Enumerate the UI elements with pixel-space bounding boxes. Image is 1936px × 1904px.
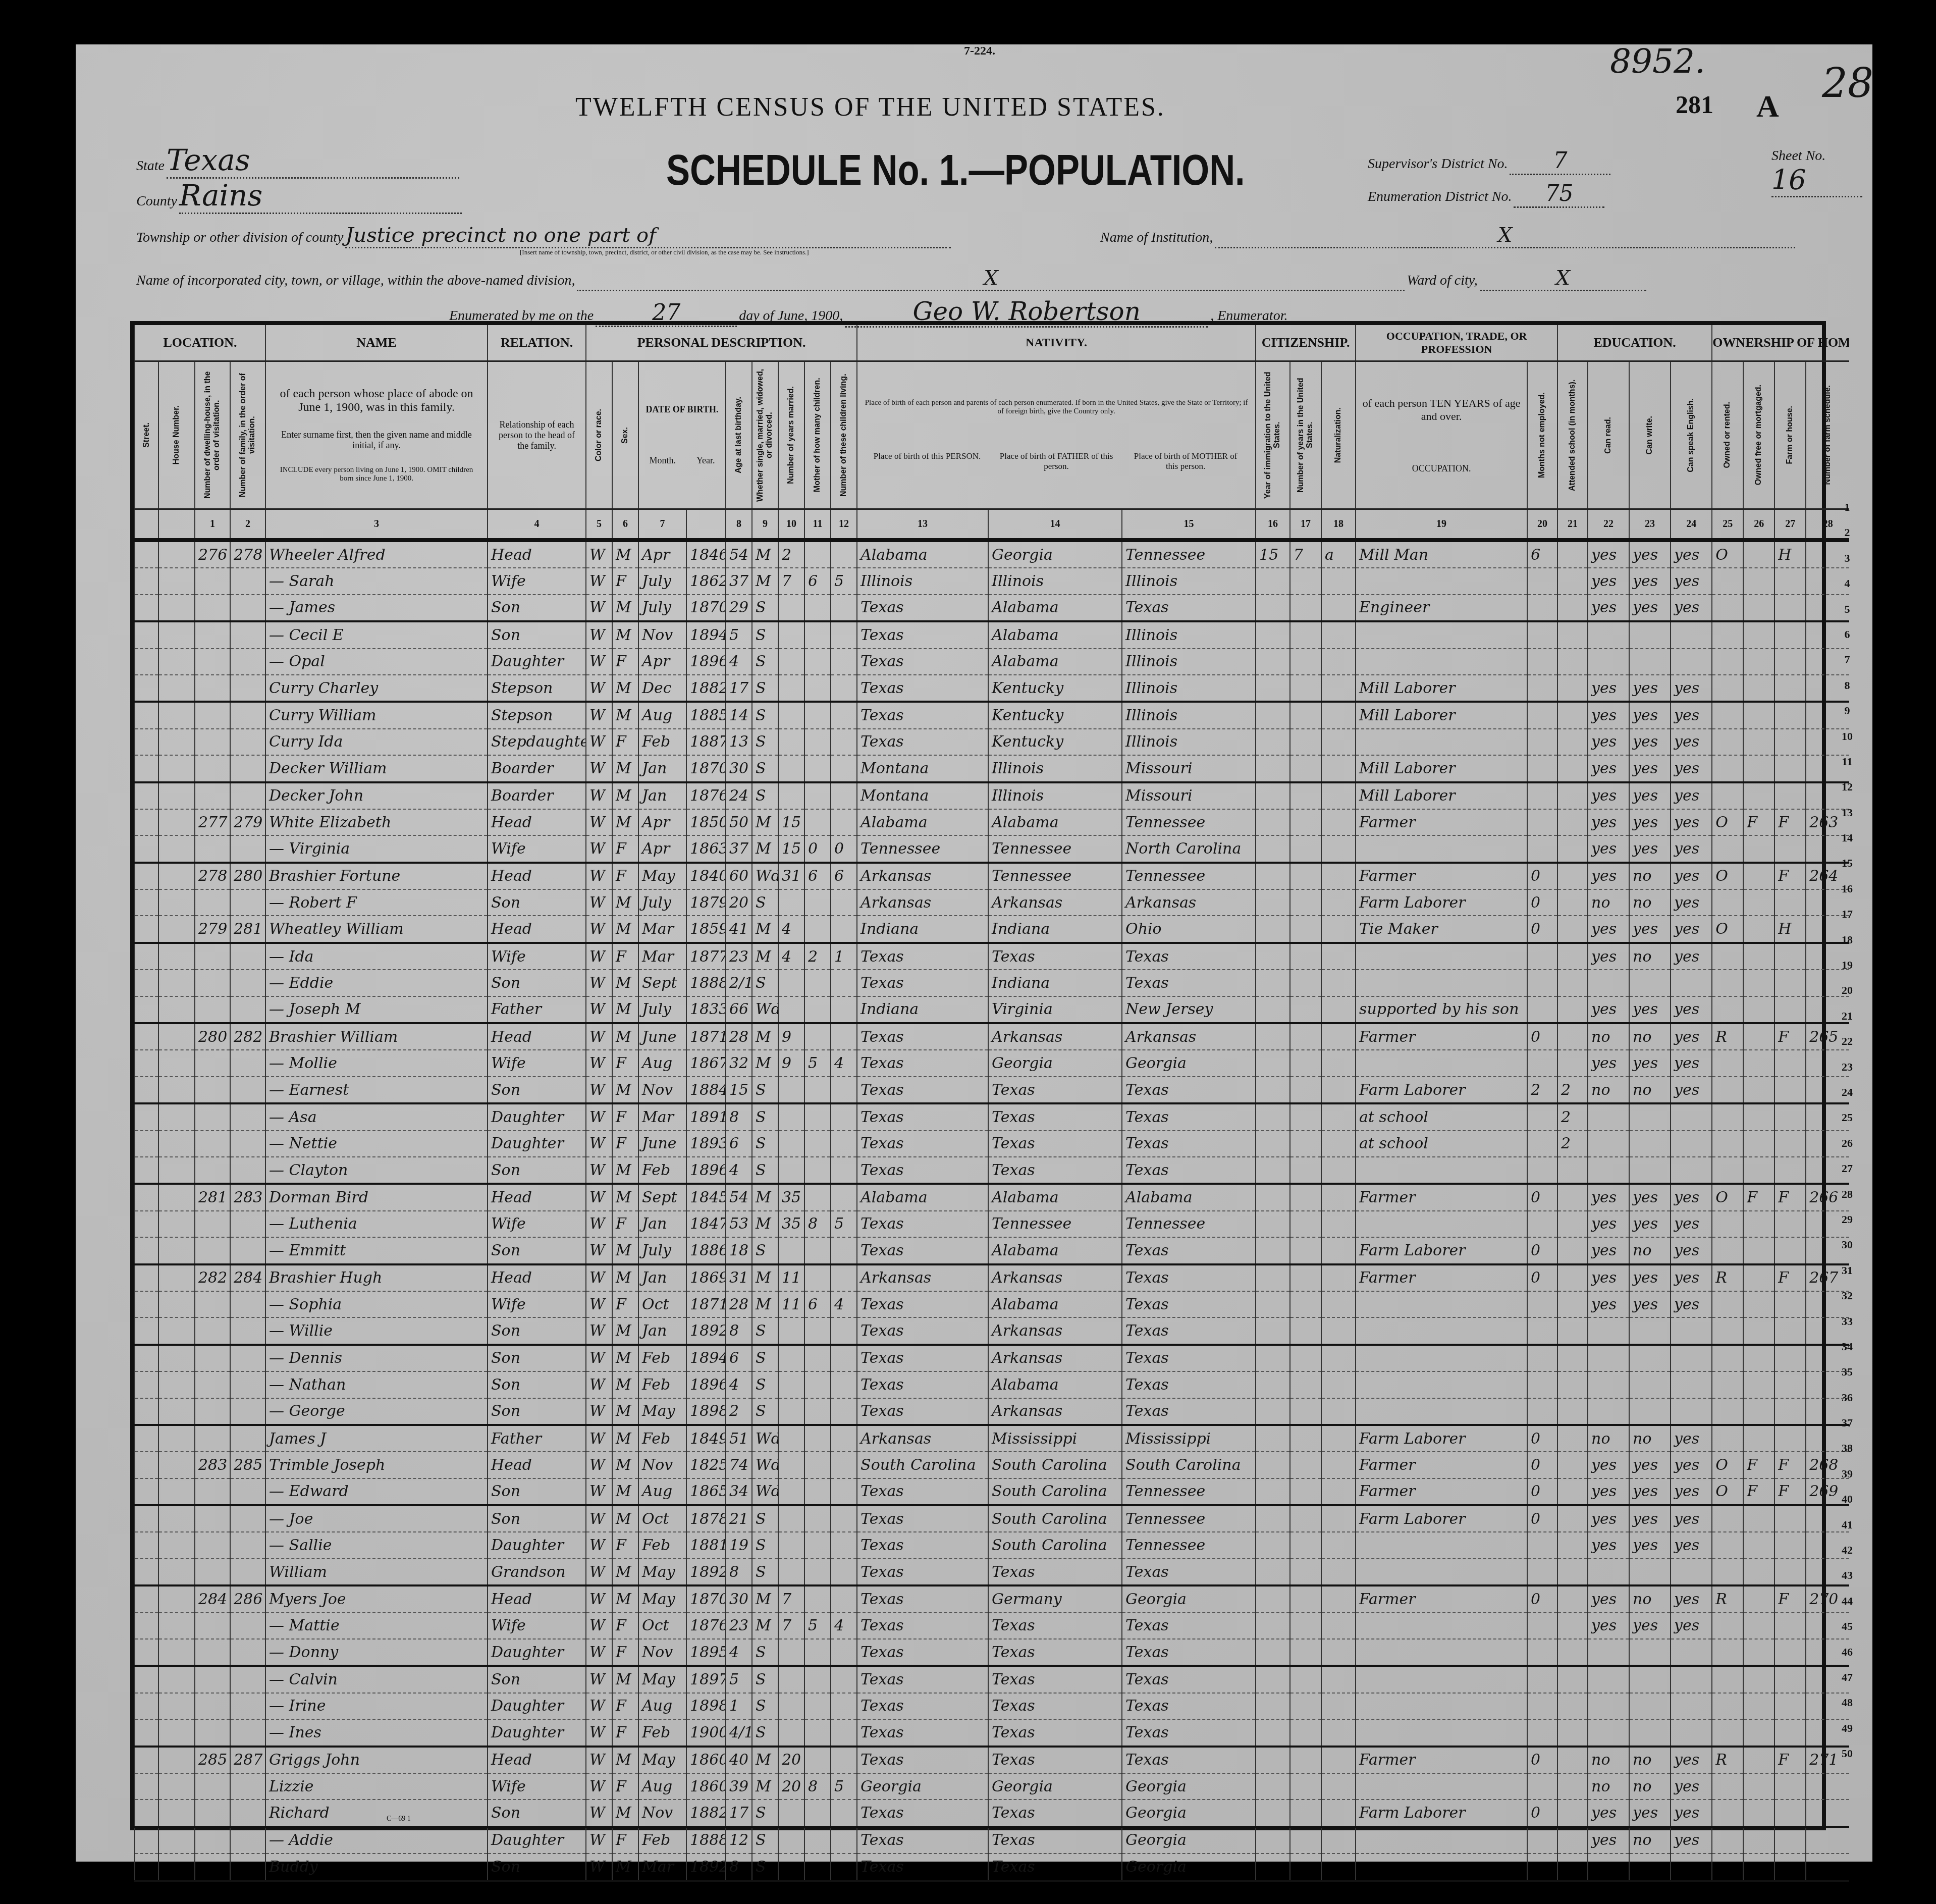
cell-can-read (1588, 1719, 1629, 1746)
cell-house (158, 1800, 195, 1826)
cell-attended-school (1557, 1559, 1588, 1585)
cell-can-read (1588, 1854, 1629, 1880)
cell-can-write: yes (1629, 782, 1671, 809)
cell-birthplace-mother: New Jersey (1122, 996, 1256, 1023)
cell-house (158, 1398, 195, 1425)
cell-attended-school (1557, 889, 1588, 916)
cell-dwelling (195, 1077, 230, 1103)
cell-birth-year: 1850 (686, 809, 726, 835)
cell-color: W (586, 863, 612, 889)
cell-age: 21 (726, 1505, 752, 1532)
cell-naturalization (1321, 1425, 1356, 1452)
enumeration-district-field: Enumeration District No. 75 (1368, 181, 1746, 208)
table-row: 285287Griggs JohnHeadWMMay186040M20Texas… (135, 1747, 1849, 1773)
cell-birthplace-mother: Texas (1122, 1077, 1256, 1103)
cell-can-read: no (1588, 1425, 1629, 1452)
table-row: Curry IdaStepdaughterWFFeb188713STexasKe… (135, 729, 1849, 755)
cell-years-married (778, 1666, 804, 1693)
cell-house (158, 1157, 195, 1184)
cell-relation: Head (488, 1747, 586, 1773)
cell-dwelling (195, 1345, 230, 1371)
cell-owned-rented (1712, 1719, 1743, 1746)
cell-birthplace-father: Alabama (988, 649, 1122, 675)
line-number: 38 (1832, 1436, 1862, 1461)
cell-months-unemployed (1527, 595, 1557, 621)
cell-immigration-year (1256, 1693, 1290, 1719)
cell-attended-school (1557, 1452, 1588, 1478)
table-row: 281283Dorman BirdHeadWMSept184554M35Alab… (135, 1184, 1849, 1210)
cell-can-speak-english: yes (1671, 916, 1712, 942)
cell-months-unemployed (1527, 1291, 1557, 1317)
county-field: County Rains (136, 178, 500, 214)
cell-dwelling (195, 1157, 230, 1184)
occupation-sub: OCCUPATION. (1361, 463, 1522, 474)
cell-occupation: supported by his son (1356, 996, 1527, 1023)
cell-can-read: yes (1588, 1505, 1629, 1532)
cell-owned-free (1743, 916, 1774, 942)
cell-birth-year: 1884 (686, 1077, 726, 1103)
cell-dwelling (195, 568, 230, 594)
group-ownership: OWNERSHIP OF HOME. (1712, 325, 1849, 361)
cell-dwelling: 277 (195, 809, 230, 835)
cell-occupation (1356, 1317, 1527, 1344)
cell-months-unemployed: 0 (1527, 863, 1557, 889)
cell-sex: M (612, 1157, 638, 1184)
cell-owned-free (1743, 1719, 1774, 1746)
cell-years-married (778, 1800, 804, 1826)
cell-birth-month: Feb (638, 1532, 686, 1558)
cell-family (230, 702, 265, 728)
cell-family (230, 1050, 265, 1076)
cell-mother-of: 2 (804, 943, 831, 970)
cell-owned-free (1743, 1211, 1774, 1237)
cell-dwelling (195, 1854, 230, 1880)
nativity-desc: Place of birth of each person and parent… (863, 399, 1250, 416)
cell-immigration-year (1256, 1666, 1290, 1693)
cell-occupation (1356, 970, 1527, 996)
cell-dwelling (195, 1559, 230, 1585)
schedule-title: SCHEDULE No. 1.—POPULATION. (666, 145, 1245, 195)
cell-color: W (586, 540, 612, 568)
cell-years-married (778, 1854, 804, 1880)
cell-birth-month: Nov (638, 1639, 686, 1666)
column-number: 7 (638, 509, 686, 541)
cell-birthplace-mother: Texas (1122, 1666, 1256, 1693)
cell-birth-year: 1867 (686, 1050, 726, 1076)
line-number: 34 (1832, 1334, 1862, 1359)
cell-color: W (586, 1666, 612, 1693)
cell-months-unemployed: 0 (1527, 1747, 1557, 1773)
cell-months-unemployed: 6 (1527, 540, 1557, 568)
cell-name: — George (265, 1398, 488, 1425)
line-number: 9 (1832, 698, 1862, 723)
cell-occupation (1356, 1211, 1527, 1237)
cell-marital: S (752, 1854, 778, 1880)
cell-farm-house (1774, 568, 1806, 594)
cell-years-in-us (1290, 889, 1321, 916)
cell-relation: Son (488, 621, 586, 648)
cell-marital: S (752, 1559, 778, 1585)
supervisor-district-label: Supervisor's District No. (1368, 156, 1508, 172)
cell-occupation (1356, 1371, 1527, 1398)
cell-mother-of: 0 (804, 835, 831, 862)
cell-family (230, 568, 265, 594)
cell-birthplace-mother: Tennessee (1122, 1211, 1256, 1237)
cell-months-unemployed: 0 (1527, 1264, 1557, 1291)
cell-relation: Son (488, 1237, 586, 1264)
cell-age: 74 (726, 1452, 752, 1478)
cell-age: 29 (726, 595, 752, 621)
cell-farm-house (1774, 1291, 1806, 1317)
cell-sex: M (612, 675, 638, 702)
cell-birthplace-mother: Tennessee (1122, 809, 1256, 835)
cell-can-speak-english: yes (1671, 943, 1712, 970)
cell-can-write: no (1629, 1425, 1671, 1452)
cell-age: 8 (726, 1317, 752, 1344)
cell-birthplace-father: Illinois (988, 568, 1122, 594)
cell-can-speak-english (1671, 1317, 1712, 1344)
hdr-attended-school: Attended school (in months). (1568, 364, 1577, 506)
cell-children-living (831, 1666, 857, 1693)
cell-can-speak-english: yes (1671, 809, 1712, 835)
cell-birth-month: Apr (638, 835, 686, 862)
cell-immigration-year (1256, 595, 1290, 621)
cell-relation: Son (488, 1317, 586, 1344)
cell-birth-year: 1894 (686, 1345, 726, 1371)
cell-owned-free (1743, 1666, 1774, 1693)
cell-name: Curry Ida (265, 729, 488, 755)
cell-can-read: no (1588, 889, 1629, 916)
table-row: — InesDaughterWFFeb19004/12STexasTexasTe… (135, 1719, 1849, 1746)
cell-naturalization (1321, 729, 1356, 755)
cell-birth-year: 1871 (686, 1291, 726, 1317)
cell-birthplace-person: Texas (857, 1211, 988, 1237)
cell-mother-of (804, 1317, 831, 1344)
cell-can-write: yes (1629, 755, 1671, 782)
cell-owned-free (1743, 1077, 1774, 1103)
cell-birth-month: Dec (638, 675, 686, 702)
cell-immigration-year (1256, 1827, 1290, 1854)
cell-house (158, 1478, 195, 1505)
cell-occupation: Farm Laborer (1356, 1800, 1527, 1826)
cell-color: W (586, 1827, 612, 1854)
cell-months-unemployed (1527, 1398, 1557, 1425)
cell-marital: S (752, 1827, 778, 1854)
cell-birthplace-father: Texas (988, 1613, 1122, 1639)
cell-birthplace-father: Texas (988, 1103, 1122, 1130)
cell-family: 285 (230, 1452, 265, 1478)
cell-relation: Wife (488, 1211, 586, 1237)
cell-sex: F (612, 1211, 638, 1237)
cell-birthplace-person: Texas (857, 1317, 988, 1344)
cell-can-read: no (1588, 1077, 1629, 1103)
cell-birth-month: Feb (638, 1425, 686, 1452)
cell-birthplace-father: South Carolina (988, 1478, 1122, 1505)
cell-can-read: yes (1588, 1050, 1629, 1076)
table-row: — AddieDaughterWFFeb188812STexasTexasGeo… (135, 1827, 1849, 1854)
cell-age: 13 (726, 729, 752, 755)
cell-age: 30 (726, 755, 752, 782)
cell-attended-school: 2 (1557, 1077, 1588, 1103)
line-number: 11 (1832, 749, 1862, 774)
name-include: INCLUDE every person living on June 1, 1… (276, 466, 477, 483)
cell-mother-of (804, 540, 831, 568)
column-number: 18 (1321, 509, 1356, 541)
cell-marital: S (752, 1800, 778, 1826)
cell-years-in-us (1290, 1505, 1321, 1532)
cell-mother-of (804, 1478, 831, 1505)
cell-children-living (831, 1371, 857, 1398)
cell-name: Brashier Hugh (265, 1264, 488, 1291)
cell-attended-school (1557, 1264, 1588, 1291)
cell-naturalization (1321, 1532, 1356, 1558)
cell-marital: M (752, 568, 778, 594)
cell-mother-of: 6 (804, 1291, 831, 1317)
state-label: State (136, 158, 165, 174)
cell-can-speak-english (1671, 1666, 1712, 1693)
cell-children-living (831, 1585, 857, 1612)
cell-occupation: Farmer (1356, 1184, 1527, 1210)
cell-owned-free (1743, 1532, 1774, 1558)
cell-children-living (831, 809, 857, 835)
cell-name: Decker John (265, 782, 488, 809)
cell-marital: S (752, 1398, 778, 1425)
cell-family (230, 970, 265, 996)
column-number: 25 (1712, 509, 1743, 541)
cell-owned-free (1743, 675, 1774, 702)
cell-years-in-us (1290, 1693, 1321, 1719)
line-number: 10 (1832, 724, 1862, 749)
cell-months-unemployed (1527, 835, 1557, 862)
cell-can-speak-english (1671, 649, 1712, 675)
cell-birth-year: 1833 (686, 996, 726, 1023)
cell-birth-year: 1870 (686, 755, 726, 782)
cell-can-write: yes (1629, 1613, 1671, 1639)
cell-occupation: Tie Maker (1356, 916, 1527, 942)
cell-mother-of (804, 1425, 831, 1452)
column-number: 8 (726, 509, 752, 541)
cell-birth-year: 1863 (686, 835, 726, 862)
cell-marital: M (752, 1613, 778, 1639)
cell-birth-year: 1882 (686, 1800, 726, 1826)
cell-relation: Daughter (488, 1639, 586, 1666)
cell-can-speak-english: yes (1671, 1532, 1712, 1558)
cell-years-in-us (1290, 809, 1321, 835)
table-row: Decker JohnBoarderWMJan187624SMontanaIll… (135, 782, 1849, 809)
cell-relation: Daughter (488, 1693, 586, 1719)
cell-marital: M (752, 1184, 778, 1210)
cell-birthplace-person: Texas (857, 1559, 988, 1585)
cell-years-married (778, 970, 804, 996)
township-value: Justice precinct no one part of (345, 224, 951, 248)
cell-months-unemployed (1527, 649, 1557, 675)
hdr-naturalization: Naturalization. (1334, 407, 1343, 463)
cell-birthplace-father: Alabama (988, 1291, 1122, 1317)
cell-months-unemployed (1527, 782, 1557, 809)
cell-can-speak-english (1671, 1371, 1712, 1398)
cell-birth-month: Jan (638, 1211, 686, 1237)
cell-owned-rented (1712, 1077, 1743, 1103)
cell-occupation: Farmer (1356, 1264, 1527, 1291)
cell-mother-of (804, 595, 831, 621)
hdr-months-unemployed: Months not employed. (1538, 364, 1547, 506)
cell-family (230, 1371, 265, 1398)
cell-mother-of (804, 1398, 831, 1425)
cell-birthplace-father: Texas (988, 1559, 1122, 1585)
cell-street (135, 1050, 158, 1076)
line-number: 16 (1832, 876, 1862, 902)
cell-dwelling (195, 1693, 230, 1719)
cell-relation: Daughter (488, 1103, 586, 1130)
cell-sex: M (612, 1747, 638, 1773)
cell-owned-rented: R (1712, 1747, 1743, 1773)
cell-birth-year: 1871 (686, 1023, 726, 1050)
census-table: LOCATION. NAME RELATION. PERSONAL DESCRI… (134, 325, 1849, 1882)
cell-can-read: yes (1588, 863, 1629, 889)
cell-house (158, 1425, 195, 1452)
cell-naturalization (1321, 1585, 1356, 1612)
cell-months-unemployed (1527, 755, 1557, 782)
cell-marital: Wd (752, 1425, 778, 1452)
cell-can-write: yes (1629, 916, 1671, 942)
cell-years-married (778, 1371, 804, 1398)
cell-owned-free (1743, 1827, 1774, 1854)
cell-marital: S (752, 1345, 778, 1371)
cell-attended-school (1557, 1613, 1588, 1639)
cell-years-married: 2 (778, 540, 804, 568)
cell-sex: F (612, 1050, 638, 1076)
column-number: 3 (265, 509, 488, 541)
cell-color: W (586, 1371, 612, 1398)
cell-immigration-year (1256, 1317, 1290, 1344)
cell-occupation (1356, 1639, 1527, 1666)
cell-house (158, 1077, 195, 1103)
cell-relation: Wife (488, 943, 586, 970)
cell-house (158, 1211, 195, 1237)
cell-owned-free (1743, 1103, 1774, 1130)
cell-farm-house (1774, 621, 1806, 648)
cell-birth-month: Oct (638, 1505, 686, 1532)
city-value: X (577, 267, 1405, 291)
cell-birthplace-mother: South Carolina (1122, 1452, 1256, 1478)
cell-occupation: Farm Laborer (1356, 1505, 1527, 1532)
cell-dwelling: 279 (195, 916, 230, 942)
cell-children-living (831, 649, 857, 675)
cell-children-living: 4 (831, 1291, 857, 1317)
cell-birthplace-person: Texas (857, 1103, 988, 1130)
cell-mother-of (804, 1800, 831, 1826)
cell-marital: M (752, 1050, 778, 1076)
cell-mother-of (804, 782, 831, 809)
cell-birthplace-person: Texas (857, 649, 988, 675)
cell-can-speak-english (1671, 1103, 1712, 1130)
cell-farm-house (1774, 943, 1806, 970)
table-row: — LutheniaWifeWFJan184753M3585TexasTenne… (135, 1211, 1849, 1237)
cell-can-write: no (1629, 1827, 1671, 1854)
cell-dwelling: 278 (195, 863, 230, 889)
cell-attended-school (1557, 1478, 1588, 1505)
cell-marital: S (752, 729, 778, 755)
cell-attended-school (1557, 1505, 1588, 1532)
cell-years-married (778, 782, 804, 809)
cell-street (135, 1103, 158, 1130)
cell-birthplace-person: Texas (857, 621, 988, 648)
cell-can-write: yes (1629, 1264, 1671, 1291)
cell-months-unemployed (1527, 1827, 1557, 1854)
cell-months-unemployed (1527, 702, 1557, 728)
cell-months-unemployed: 0 (1527, 1585, 1557, 1612)
cell-birthplace-person: Texas (857, 1693, 988, 1719)
cell-occupation: Farmer (1356, 1585, 1527, 1612)
cell-farm-house: F (1774, 1747, 1806, 1773)
cell-owned-rented (1712, 1613, 1743, 1639)
cell-naturalization (1321, 1693, 1356, 1719)
cell-sex: M (612, 1264, 638, 1291)
cell-can-read: yes (1588, 1827, 1629, 1854)
cell-owned-rented (1712, 1425, 1743, 1452)
hdr-mother-of: Mother of how many children. (813, 364, 822, 506)
cell-mother-of: 6 (804, 863, 831, 889)
cell-owned-rented (1712, 1345, 1743, 1371)
cell-farm-house (1774, 1157, 1806, 1184)
cell-can-speak-english (1671, 621, 1712, 648)
cell-naturalization (1321, 1747, 1356, 1773)
cell-birthplace-father: Kentucky (988, 702, 1122, 728)
cell-owned-rented (1712, 1237, 1743, 1264)
cell-occupation (1356, 835, 1527, 862)
cell-owned-rented: O (1712, 1478, 1743, 1505)
cell-house (158, 675, 195, 702)
cell-owned-free (1743, 1371, 1774, 1398)
cell-family (230, 889, 265, 916)
cell-can-write: yes (1629, 996, 1671, 1023)
column-number (158, 509, 195, 541)
cell-months-unemployed: 0 (1527, 1505, 1557, 1532)
occupation-desc: of each person TEN YEARS of age and over… (1361, 397, 1522, 423)
cell-can-write: yes (1629, 702, 1671, 728)
cell-owned-free (1743, 863, 1774, 889)
cell-owned-free: F (1743, 809, 1774, 835)
cell-mother-of (804, 1452, 831, 1478)
cell-birthplace-father: Texas (988, 943, 1122, 970)
cell-dwelling (195, 1505, 230, 1532)
cell-owned-rented (1712, 1532, 1743, 1558)
cell-name: — Dennis (265, 1345, 488, 1371)
cell-birthplace-person: Texas (857, 1719, 988, 1746)
cell-can-write: yes (1629, 675, 1671, 702)
cell-can-read: yes (1588, 782, 1629, 809)
cell-farm-house (1774, 1800, 1806, 1826)
cell-birth-month: June (638, 1023, 686, 1050)
cell-age: 28 (726, 1291, 752, 1317)
cell-birth-year: 1892 (686, 1317, 726, 1344)
cell-farm-house (1774, 970, 1806, 996)
cell-sex: F (612, 1693, 638, 1719)
cell-owned-rented (1712, 755, 1743, 782)
cell-birth-year: 1865 (686, 1478, 726, 1505)
cell-naturalization (1321, 1237, 1356, 1264)
cell-can-read: yes (1588, 540, 1629, 568)
cell-sex: M (612, 782, 638, 809)
cell-birthplace-father: Tennessee (988, 1211, 1122, 1237)
cell-children-living (831, 1131, 857, 1157)
cell-attended-school (1557, 1693, 1588, 1719)
cell-owned-rented (1712, 568, 1743, 594)
cell-children-living (831, 996, 857, 1023)
cell-owned-free (1743, 835, 1774, 862)
cell-attended-school (1557, 1773, 1588, 1800)
cell-birthplace-mother: Texas (1122, 1639, 1256, 1666)
